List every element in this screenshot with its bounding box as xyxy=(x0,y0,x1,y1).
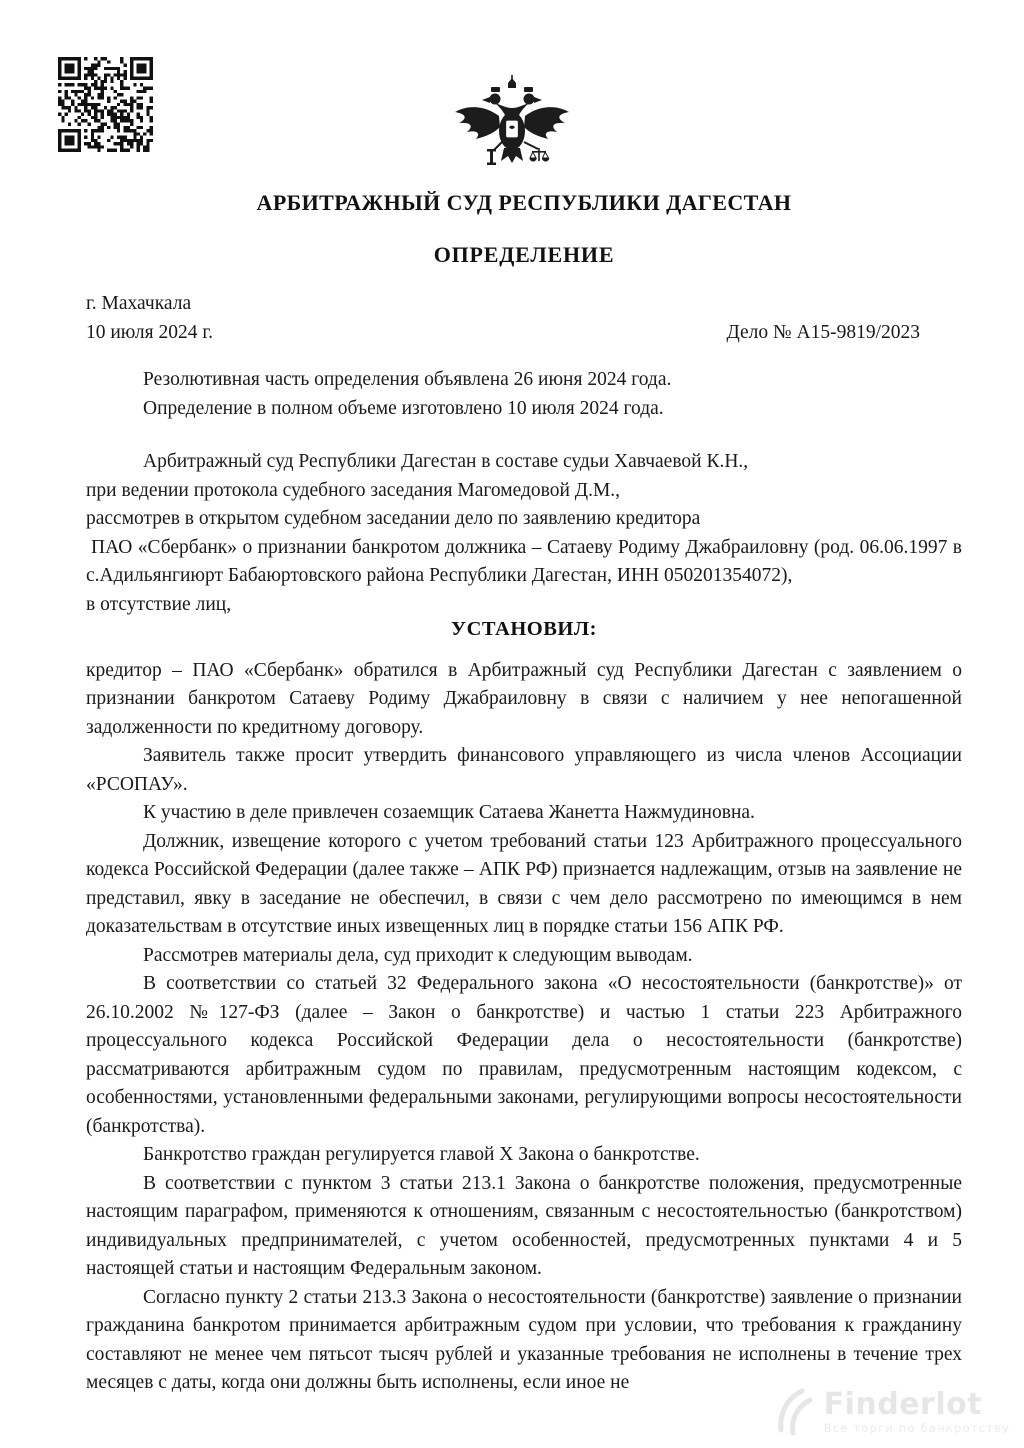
preamble-line: при ведении протокола судебного заседани… xyxy=(86,477,962,506)
case-meta-block: г. Махачкала 10 июля 2024 г. Дело № А15-… xyxy=(86,290,962,347)
watermark-tagline-label: Все торги по банкротству xyxy=(824,1423,1010,1435)
body-paragraph: Согласно пункту 2 статьи 213.3 Закона о … xyxy=(86,1284,962,1398)
document-body: кредитор – ПАО «Сбербанк» обратился в Ар… xyxy=(86,657,962,1398)
preamble-line: Арбитражный суд Республики Дагестан в со… xyxy=(86,448,962,477)
qr-code xyxy=(58,57,153,152)
announcement-line: Резолютивная часть определения объявлена… xyxy=(86,366,962,395)
date-label: 10 июля 2024 г. xyxy=(86,319,213,348)
body-paragraph: В соответствии с пунктом 3 статьи 213.1 … xyxy=(86,1170,962,1284)
established-heading: УСТАНОВИЛ: xyxy=(86,615,962,644)
body-paragraph: Заявитель также просит утвердить финансо… xyxy=(86,742,962,799)
body-paragraph: К участию в деле привлечен созаемщик Сат… xyxy=(86,799,962,828)
finderlot-watermark: Finderlot Все торги по банкротству xyxy=(772,1386,1010,1438)
resolutive-announcement-block: Резолютивная часть определения объявлена… xyxy=(86,366,962,423)
preamble-block: Арбитражный суд Республики Дагестан в со… xyxy=(86,448,962,619)
document-type-title: ОПРЕДЕЛЕНИЕ xyxy=(86,242,962,268)
body-paragraph: Должник, извещение которого с учетом тре… xyxy=(86,828,962,942)
body-paragraph: кредитор – ПАО «Сбербанк» обратился в Ар… xyxy=(86,657,962,743)
preamble-line: рассмотрев в открытом судебном заседании… xyxy=(86,505,962,534)
case-number-label: Дело № А15-9819/2023 xyxy=(726,319,920,348)
document-content: АРБИТРАЖНЫЙ СУД РЕСПУБЛИКИ ДАГЕСТАН ОПРЕ… xyxy=(86,190,962,1398)
body-paragraph: Банкротство граждан регулируется главой … xyxy=(86,1141,962,1170)
city-label: г. Махачкала xyxy=(86,290,962,319)
court-ruling-document-page: АРБИТРАЖНЫЙ СУД РЕСПУБЛИКИ ДАГЕСТАН ОПРЕ… xyxy=(0,0,1024,1448)
announcement-line: Определение в полном объеме изготовлено … xyxy=(86,395,962,424)
court-name-title: АРБИТРАЖНЫЙ СУД РЕСПУБЛИКИ ДАГЕСТАН xyxy=(86,190,962,216)
body-paragraph: В соответствии со статьей 32 Федеральног… xyxy=(86,970,962,1141)
watermark-brand-label: Finderlot xyxy=(824,1390,1010,1420)
finderlot-logo-icon xyxy=(772,1386,816,1438)
body-paragraph: Рассмотрев материалы дела, суд приходит … xyxy=(86,942,962,971)
coat-of-arms-icon xyxy=(442,74,582,186)
preamble-line: ПАО «Сбербанк» о признании банкротом дол… xyxy=(86,534,962,591)
